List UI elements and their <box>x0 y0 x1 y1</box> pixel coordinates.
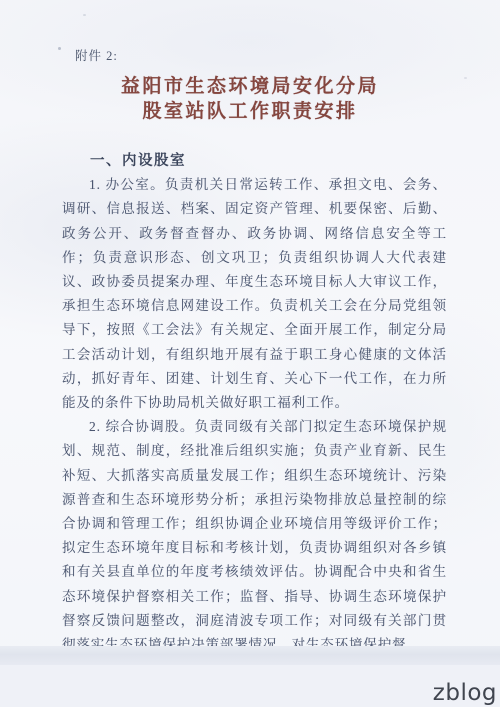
document-title: 益阳市生态环境局安化分局 股室站队工作职责安排 <box>0 74 500 124</box>
scan-artifact <box>83 14 86 16</box>
zblog-watermark: zblog <box>433 680 497 706</box>
document-body: 一、内设股室 1. 办公室。负责机关日常运转工作、承担文电、会务、调研、信息报送… <box>62 149 447 657</box>
scan-artifact <box>58 47 61 50</box>
page-edge-shadow <box>0 646 500 665</box>
attachment-label: 附件 2: <box>75 46 118 64</box>
document-title-line-2: 股室站队工作职责安排 <box>0 99 500 124</box>
section-heading-internal-offices: 一、内设股室 <box>90 149 447 173</box>
page-bottom-margin <box>0 665 500 707</box>
scanned-document-page: 附件 2: 益阳市生态环境局安化分局 股室站队工作职责安排 一、内设股室 1. … <box>0 0 500 707</box>
paragraph-office-duties: 1. 办公室。负责机关日常运转工作、承担文电、会务、调研、信息报送、档案、固定资… <box>62 173 447 415</box>
paragraph-comprehensive-coordination-duties: 2. 综合协调股。负责同级有关部门拟定生态环境保护规划、规范、制度，经批准后组织… <box>62 415 447 657</box>
document-title-line-1: 益阳市生态环境局安化分局 <box>0 74 500 99</box>
